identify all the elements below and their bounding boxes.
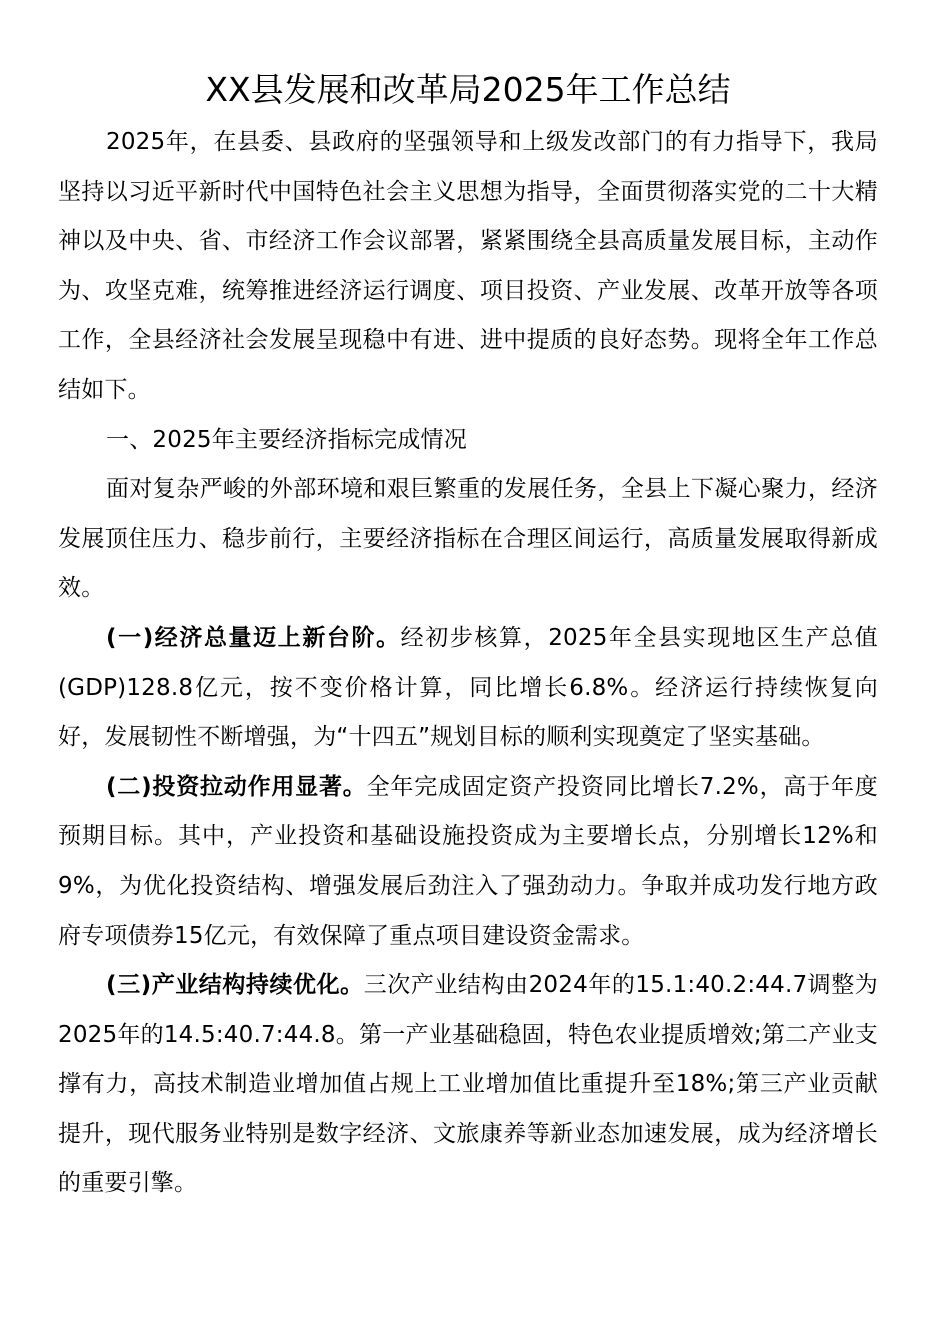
intro-paragraph: 2025年，在县委、县政府的坚强领导和上级发改部门的有力指导下，我局坚持以习近平… [58,118,878,416]
document-page: XX县发展和改革局2025年工作总结 2025年，在县委、县政府的坚强领导和上级… [58,68,878,1209]
document-title: XX县发展和改革局2025年工作总结 [58,68,878,112]
item-investment: (二)投资拉动作用显著。全年完成固定资产投资同比增长7.2%，高于年度预期目标。… [58,763,878,961]
item-lead: (二)投资拉动作用显著。 [106,774,367,800]
section-summary: 面对复杂严峻的外部环境和艰巨繁重的发展任务，全县上下凝心聚力，经济发展顶住压力、… [58,465,878,614]
item-lead: (一)经济总量迈上新台阶。 [106,625,401,651]
item-lead: (三)产业结构持续优化。 [106,972,364,998]
item-economy-total: (一)经济总量迈上新台阶。经初步核算，2025年全县实现地区生产总值(GDP)1… [58,614,878,763]
item-industry-structure: (三)产业结构持续优化。三次产业结构由2024年的15.1:40.2:44.7调… [58,961,878,1209]
item-body: 三次产业结构由2024年的15.1:40.2:44.7调整为2025年的14.5… [58,972,878,1196]
section-heading: 一、2025年主要经济指标完成情况 [58,416,878,466]
